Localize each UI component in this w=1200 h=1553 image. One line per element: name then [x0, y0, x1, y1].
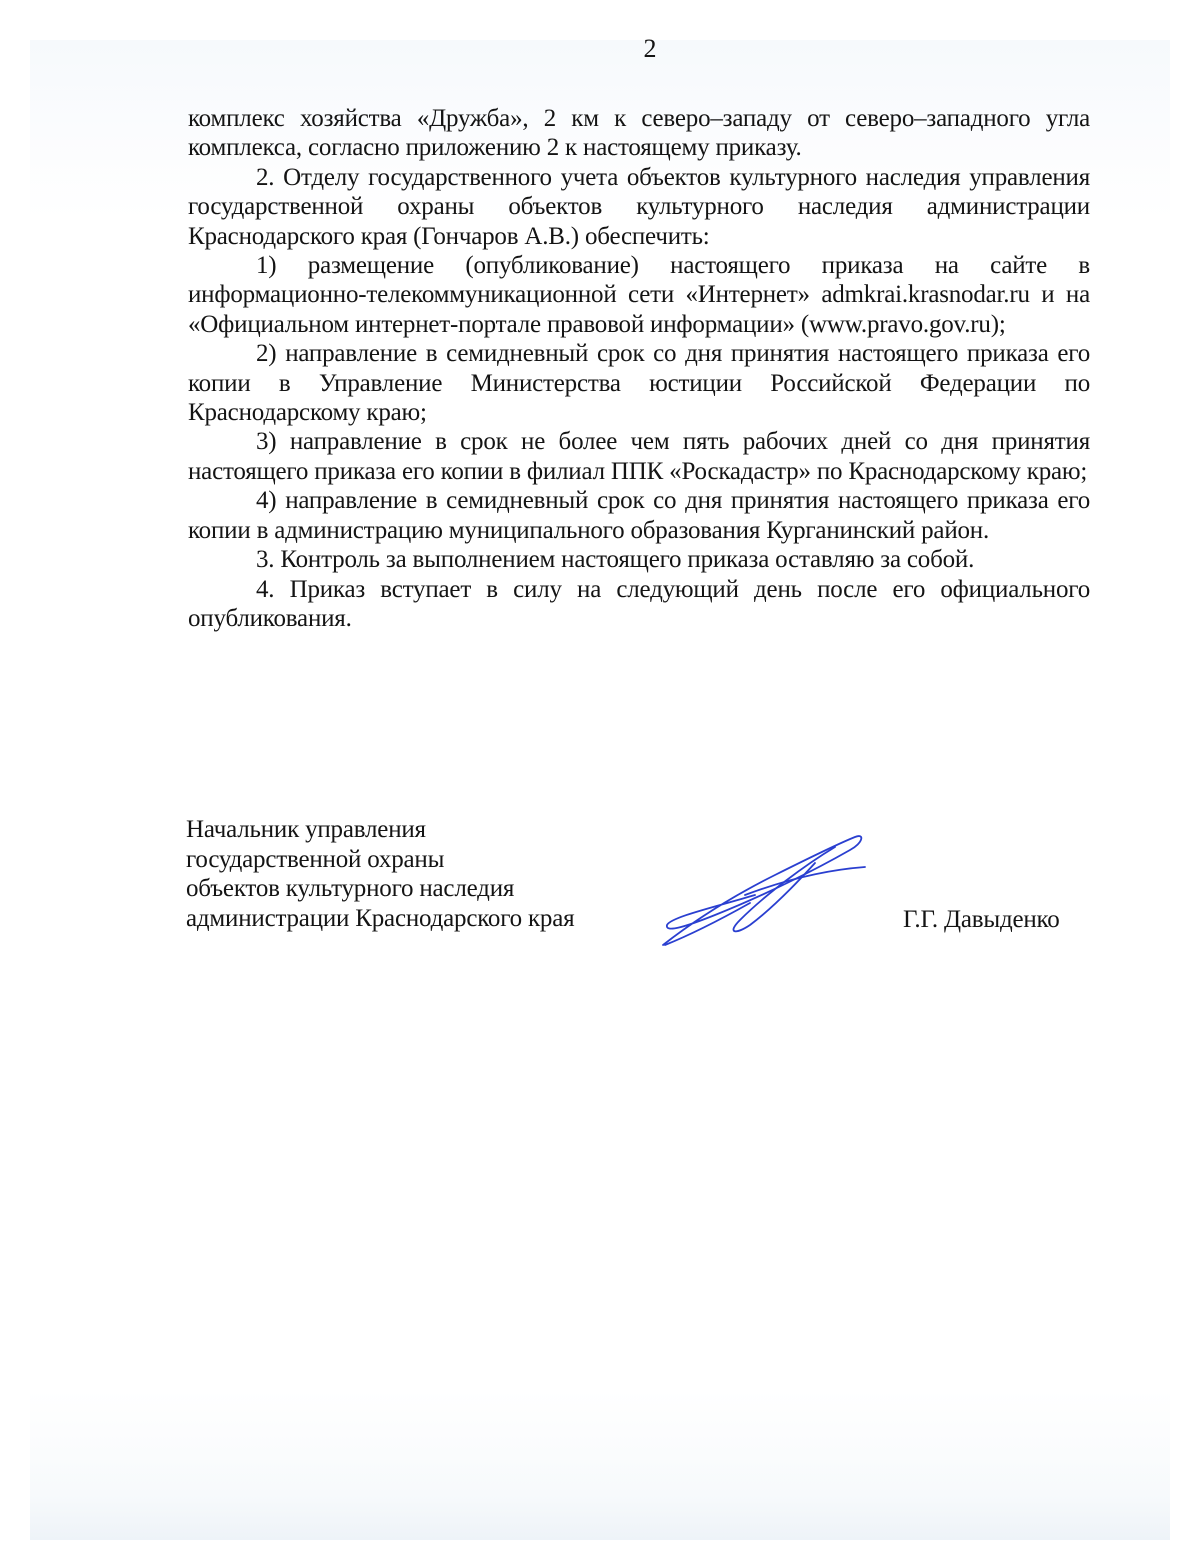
position-line: Начальник управления: [186, 815, 574, 845]
paragraph-item-3: 3. Контроль за выполнением настоящего пр…: [188, 545, 1090, 574]
paragraph-subitem-3: 3) направление в срок не более чем пять …: [188, 427, 1090, 486]
page-number: 2: [0, 34, 1200, 64]
paragraph-continuation: комплекс хозяйства «Дружба», 2 км к севе…: [188, 104, 1090, 163]
paragraph-item-2: 2. Отделу государственного учета объекто…: [188, 163, 1090, 251]
document-body: комплекс хозяйства «Дружба», 2 км к севе…: [188, 104, 1090, 633]
signer-position: Начальник управления государственной охр…: [186, 815, 574, 933]
paragraph-subitem-4: 4) направление в семидневный срок со дня…: [188, 486, 1090, 545]
position-line: администрации Краснодарского края: [186, 904, 574, 934]
handwritten-signature-icon: [655, 825, 885, 950]
position-line: государственной охраны: [186, 845, 574, 875]
signer-name: Г.Г. Давыденко: [903, 906, 1060, 934]
paragraph-subitem-2: 2) направление в семидневный срок со дня…: [188, 339, 1090, 427]
paragraph-item-4: 4. Приказ вступает в силу на следующий д…: [188, 575, 1090, 634]
paragraph-subitem-1: 1) размещение (опубликование) настоящего…: [188, 251, 1090, 339]
position-line: объектов культурного наследия: [186, 874, 574, 904]
